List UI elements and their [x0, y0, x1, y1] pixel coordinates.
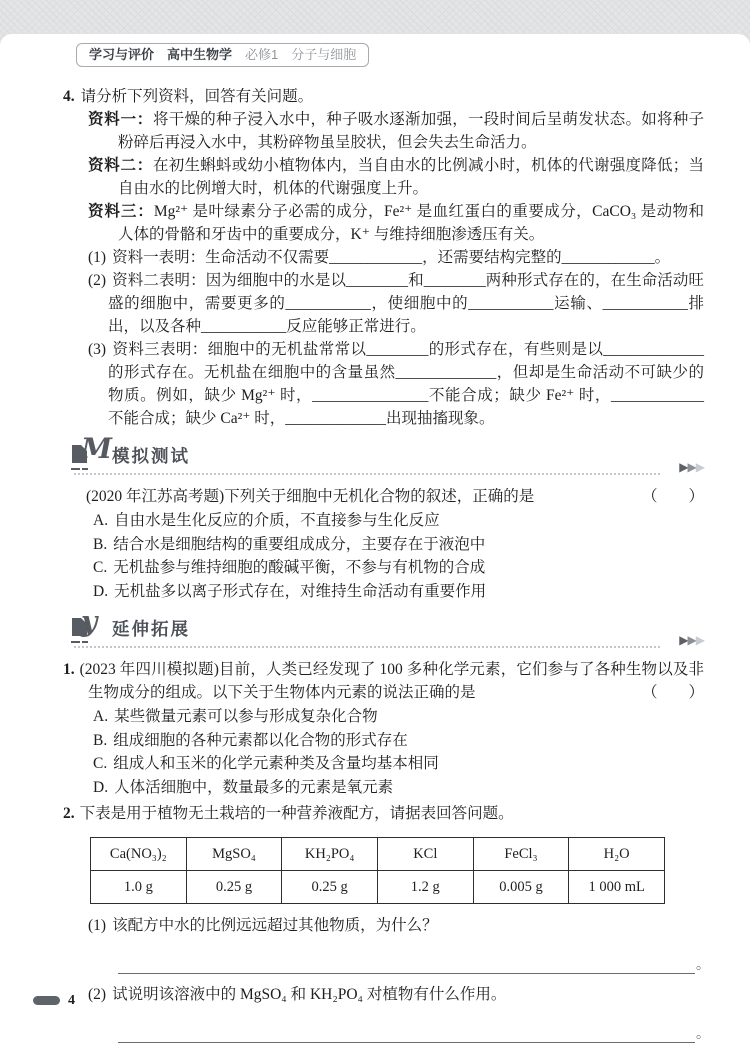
extension-q2-sub-1: (1)该配方中水的比例远远超过其他物质，为什么？ [88, 914, 704, 937]
extension-q1-option-b[interactable]: B.组成细胞的各种元素都以化合物的形式存在 [93, 729, 704, 753]
option-text: 无机盐多以离子形式存在，对维持生命活动有重要作用 [114, 583, 486, 600]
table-value-cell: 0.25 g [186, 871, 282, 904]
question-4-sub-1[interactable]: (1)资料一表明：生命活动不仅需要____________，还需要结构完整的__… [88, 246, 704, 269]
mock-option-c[interactable]: C.无机盐参与维持细胞的酸碱平衡，不参与有机物的合成 [93, 556, 704, 580]
arrow-icon: ▶ [696, 460, 704, 474]
book-title: 分子与细胞 [291, 46, 356, 63]
page-footer: 4 [33, 989, 75, 1012]
arrow-icon: ▶ [688, 460, 696, 474]
script-letter-icon: y [81, 606, 97, 638]
line-end-period: 。 [696, 1027, 710, 1043]
series-title: 学习与评价 [89, 46, 154, 63]
answer-bracket[interactable]: （ ） [667, 681, 704, 704]
table-value-cell: 0.25 g [282, 871, 378, 904]
table-value-cell: 1.0 g [91, 871, 187, 904]
question-source: (2023 年四川模拟题) [80, 661, 219, 678]
sub-text-with-blanks: 资料三表明：细胞中的无机盐常常以________的形式存在，有些则是以_____… [108, 341, 704, 427]
sub-text: 该配方中水的比例远远超过其他物质，为什么？ [112, 917, 438, 934]
section-header-extension: y 延伸拓展 ▶▶▶ [72, 614, 704, 652]
option-label: D. [93, 583, 108, 600]
sub-text-with-blanks: 资料二表明：因为细胞中的水是以________和________两种形式存在的，… [108, 272, 704, 335]
material-1-text: 将干燥的种子浸入水中，种子吸水逐渐加强，一段时间后呈萌发状态。如将种子粉碎后再浸… [118, 111, 704, 151]
question-stem: 下列关于细胞中无机化合物的叙述，正确的是 [224, 488, 534, 505]
question-4-sub-3[interactable]: (3)资料三表明：细胞中的无机盐常常以________的形式存在，有些则是以__… [88, 338, 704, 430]
material-1: 资料一：将干燥的种子浸入水中，种子吸水逐渐加强，一段时间后呈萌发状态。如将种子粉… [88, 108, 704, 154]
mock-option-b[interactable]: B.结合水是细胞结构的重要组成成分，主要存在于液泡中 [93, 533, 704, 557]
material-3: 资料三：Mg²⁺ 是叶绿素分子必需的成分，Fe²⁺ 是血红蛋白的重要成分，CaC… [88, 200, 704, 246]
extension-question-1: 1.(2023 年四川模拟题)目前，人类已经发现了 100 多种化学元素，它们参… [0, 658, 750, 799]
page-number-bar [33, 996, 60, 1005]
question-number: 1. [63, 661, 75, 678]
extension-q1-option-d[interactable]: D.人体活细胞中，数量最多的元素是氧元素 [93, 776, 704, 800]
page-number: 4 [68, 989, 75, 1012]
option-label: C. [93, 755, 107, 772]
option-label: C. [93, 559, 107, 576]
extension-titlebox: y 延伸拓展 [72, 614, 190, 642]
section-title-mock-test: 模拟测试 [112, 443, 190, 469]
sub-number: (2) [88, 986, 106, 1003]
table-header-cell: FeCl₃ [473, 838, 569, 871]
script-letter-icon: M [81, 433, 112, 465]
table-header-cell: Ca(NO₃)₂ [91, 838, 187, 871]
extension-question-2: 2.下表是用于植物无土栽培的一种营养液配方，请据表回答问题。 Ca(NO₃)₂ … [0, 802, 750, 1043]
answer-blank-line[interactable]: 。 [118, 1027, 710, 1043]
section-title-extension: 延伸拓展 [112, 616, 190, 642]
extension-page-icon: y [72, 614, 108, 642]
arrow-icon: ▶ [696, 633, 704, 647]
question-4-sub-2[interactable]: (2)资料二表明：因为细胞中的水是以________和________两种形式存… [88, 269, 704, 338]
extension-q1-option-a[interactable]: A.某些微量元素可以参与形成复杂化合物 [93, 705, 704, 729]
option-label: B. [93, 536, 107, 553]
question-4-stem-line: 4.请分析下列资料，回答有关问题。 [63, 85, 704, 108]
mock-question-stem-line: (2020 年江苏高考题)下列关于细胞中无机化合物的叙述，正确的是 （ ） [86, 485, 704, 508]
option-text: 结合水是细胞结构的重要组成成分，主要存在于液泡中 [113, 536, 485, 553]
question-number: 2. [63, 805, 75, 822]
triple-arrow-icon: ▶▶▶ [679, 629, 704, 652]
material-1-label: 资料一： [88, 111, 153, 128]
option-label: D. [93, 779, 108, 796]
question-4: 4.请分析下列资料，回答有关问题。 资料一：将干燥的种子浸入水中，种子吸水逐渐加… [0, 85, 750, 430]
workbook-page: 学习与评价 高中生物学 必修1 分子与细胞 4.请分析下列资料，回答有关问题。 … [0, 34, 750, 1052]
section-header-mock-test: M 模拟测试 ▶▶▶ [72, 441, 704, 479]
option-label: A. [93, 512, 108, 529]
option-label: B. [93, 732, 107, 749]
material-3-label: 资料三： [88, 203, 154, 220]
book-header-pill: 学习与评价 高中生物学 必修1 分子与细胞 [76, 43, 369, 67]
answer-blank-line[interactable]: 。 [118, 958, 710, 974]
option-text: 无机盐参与维持细胞的酸碱平衡，不参与有机物的合成 [113, 559, 485, 576]
option-text: 组成人和玉米的化学元素种类及含量均基本相同 [113, 755, 439, 772]
table-header-cell: MgSO₄ [186, 838, 282, 871]
question-stem: 下表是用于植物无土栽培的一种营养液配方，请据表回答问题。 [80, 805, 514, 822]
sub-text: 试说明该溶液中的 MgSO₄ 和 KH₂PO₄ 对植物有什么作用。 [112, 986, 506, 1003]
mock-test-question: (2020 年江苏高考题)下列关于细胞中无机化合物的叙述，正确的是 （ ） A.… [0, 485, 750, 603]
option-text: 自由水是生化反应的介质，不直接参与生化反应 [114, 512, 440, 529]
question-source: (2020 年江苏高考题) [86, 488, 224, 505]
answer-rule[interactable] [118, 1028, 695, 1043]
table-value-row: 1.0 g 0.25 g 0.25 g 1.2 g 0.005 g 1 000 … [91, 871, 665, 904]
mock-option-d[interactable]: D.无机盐多以离子形式存在，对维持生命活动有重要作用 [93, 580, 704, 604]
sub-number: (2) [88, 272, 106, 289]
subject-title: 高中生物学 [167, 46, 232, 63]
volume-label: 必修1 [245, 46, 278, 63]
dotted-rule [74, 473, 660, 475]
extension-q2-sub-2: (2)试说明该溶液中的 MgSO₄ 和 KH₂PO₄ 对植物有什么作用。 [88, 983, 704, 1006]
table-value-cell: 1 000 mL [569, 871, 665, 904]
sub-number: (1) [88, 249, 106, 266]
arrow-icon: ▶ [679, 633, 687, 647]
material-3-text: Mg²⁺ 是叶绿素分子必需的成分，Fe²⁺ 是血红蛋白的重要成分，CaCO₃ 是… [118, 203, 704, 243]
extension-q1-option-c[interactable]: C.组成人和玉米的化学元素种类及含量均基本相同 [93, 752, 704, 776]
dotted-rule [74, 646, 660, 648]
table-value-cell: 0.005 g [473, 871, 569, 904]
option-label: A. [93, 708, 108, 725]
mock-test-titlebox: M 模拟测试 [72, 441, 190, 469]
line-end-period: 。 [696, 958, 710, 974]
mock-option-a[interactable]: A.自由水是生化反应的介质，不直接参与生化反应 [93, 509, 704, 533]
option-text: 某些微量元素可以参与形成复杂化合物 [114, 708, 378, 725]
option-text: 组成细胞的各种元素都以化合物的形式存在 [113, 732, 408, 749]
table-value-cell: 1.2 g [377, 871, 473, 904]
sub-text-with-blanks: 资料一表明：生命活动不仅需要____________，还需要结构完整的_____… [112, 249, 670, 266]
material-2-label: 资料二： [88, 157, 153, 174]
table-header-cell: H₂O [569, 838, 665, 871]
extension-q2-stem-line: 2.下表是用于植物无土栽培的一种营养液配方，请据表回答问题。 [63, 802, 704, 825]
arrow-icon: ▶ [679, 460, 687, 474]
table-header-row: Ca(NO₃)₂ MgSO₄ KH₂PO₄ KCl FeCl₃ H₂O [91, 838, 665, 871]
sub-number: (3) [88, 341, 106, 358]
page-content: 4.请分析下列资料，回答有关问题。 资料一：将干燥的种子浸入水中，种子吸水逐渐加… [0, 34, 750, 1043]
question-4-stem: 请分析下列资料，回答有关问题。 [81, 88, 314, 105]
answer-rule[interactable] [118, 959, 695, 974]
option-text: 人体活细胞中，数量最多的元素是氧元素 [114, 779, 393, 796]
triple-arrow-icon: ▶▶▶ [679, 456, 704, 479]
mock-test-page-icon: M [72, 441, 108, 469]
table-header-cell: KH₂PO₄ [282, 838, 378, 871]
nutrient-solution-table: Ca(NO₃)₂ MgSO₄ KH₂PO₄ KCl FeCl₃ H₂O 1.0 … [90, 837, 665, 904]
arrow-icon: ▶ [688, 633, 696, 647]
extension-q1-stem-line: 1.(2023 年四川模拟题)目前，人类已经发现了 100 多种化学元素，它们参… [63, 658, 704, 704]
table-header-cell: KCl [377, 838, 473, 871]
answer-bracket[interactable]: （ ） [642, 485, 704, 508]
sub-number: (1) [88, 917, 106, 934]
material-2: 资料二：在初生蝌蚪或幼小植物体内，当自由水的比例减小时，机体的代谢强度降低；当自… [88, 154, 704, 200]
material-2-text: 在初生蝌蚪或幼小植物体内，当自由水的比例减小时，机体的代谢强度降低；当自由水的比… [118, 157, 704, 197]
question-4-number: 4. [63, 88, 75, 105]
